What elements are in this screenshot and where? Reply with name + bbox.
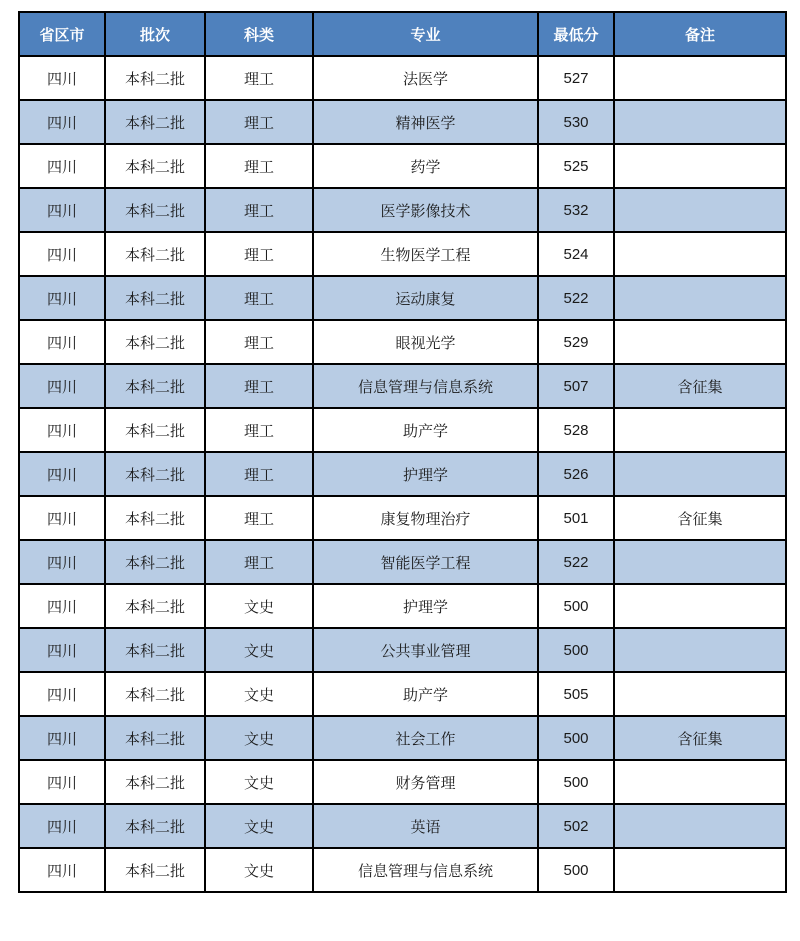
cell-min-score: 500 <box>538 716 614 760</box>
cell-major: 药学 <box>313 144 538 188</box>
cell-province: 四川 <box>19 672 105 716</box>
cell-min-score: 524 <box>538 232 614 276</box>
cell-category: 理工 <box>205 452 313 496</box>
cell-province: 四川 <box>19 628 105 672</box>
cell-major: 智能医学工程 <box>313 540 538 584</box>
cell-province: 四川 <box>19 540 105 584</box>
cell-category: 理工 <box>205 100 313 144</box>
cell-major: 公共事业管理 <box>313 628 538 672</box>
header-batch: 批次 <box>105 12 205 56</box>
cell-category: 文史 <box>205 716 313 760</box>
cell-batch: 本科二批 <box>105 760 205 804</box>
cell-remark: 含征集 <box>614 716 786 760</box>
cell-category: 理工 <box>205 232 313 276</box>
cell-remark <box>614 540 786 584</box>
cell-province: 四川 <box>19 56 105 100</box>
cell-category: 理工 <box>205 276 313 320</box>
table-row: 四川本科二批文史信息管理与信息系统500 <box>19 848 786 892</box>
cell-category: 理工 <box>205 496 313 540</box>
table-header-row: 省区市 批次 科类 专业 最低分 备注 <box>19 12 786 56</box>
cell-category: 理工 <box>205 540 313 584</box>
table-row: 四川本科二批文史社会工作500含征集 <box>19 716 786 760</box>
cell-major: 信息管理与信息系统 <box>313 364 538 408</box>
table-row: 四川本科二批理工康复物理治疗501含征集 <box>19 496 786 540</box>
cell-remark <box>614 188 786 232</box>
cell-province: 四川 <box>19 452 105 496</box>
cell-province: 四川 <box>19 232 105 276</box>
cell-min-score: 501 <box>538 496 614 540</box>
cell-province: 四川 <box>19 188 105 232</box>
cell-major: 信息管理与信息系统 <box>313 848 538 892</box>
cell-batch: 本科二批 <box>105 672 205 716</box>
cell-category: 理工 <box>205 56 313 100</box>
cell-batch: 本科二批 <box>105 364 205 408</box>
cell-category: 文史 <box>205 804 313 848</box>
table-row: 四川本科二批理工法医学527 <box>19 56 786 100</box>
table-row: 四川本科二批理工信息管理与信息系统507含征集 <box>19 364 786 408</box>
table-row: 四川本科二批文史财务管理500 <box>19 760 786 804</box>
cell-batch: 本科二批 <box>105 56 205 100</box>
admission-score-table: 省区市 批次 科类 专业 最低分 备注 四川本科二批理工法医学527四川本科二批… <box>18 11 787 893</box>
cell-province: 四川 <box>19 320 105 364</box>
cell-category: 文史 <box>205 672 313 716</box>
cell-batch: 本科二批 <box>105 584 205 628</box>
cell-province: 四川 <box>19 364 105 408</box>
cell-batch: 本科二批 <box>105 540 205 584</box>
cell-remark <box>614 804 786 848</box>
cell-province: 四川 <box>19 276 105 320</box>
cell-remark <box>614 144 786 188</box>
cell-category: 文史 <box>205 760 313 804</box>
table-row: 四川本科二批文史护理学500 <box>19 584 786 628</box>
header-province: 省区市 <box>19 12 105 56</box>
cell-min-score: 530 <box>538 100 614 144</box>
header-major: 专业 <box>313 12 538 56</box>
cell-remark <box>614 760 786 804</box>
cell-major: 眼视光学 <box>313 320 538 364</box>
cell-province: 四川 <box>19 760 105 804</box>
table-row: 四川本科二批理工生物医学工程524 <box>19 232 786 276</box>
cell-remark <box>614 848 786 892</box>
cell-remark <box>614 320 786 364</box>
cell-remark: 含征集 <box>614 364 786 408</box>
cell-remark <box>614 628 786 672</box>
header-category: 科类 <box>205 12 313 56</box>
cell-batch: 本科二批 <box>105 628 205 672</box>
cell-batch: 本科二批 <box>105 408 205 452</box>
cell-major: 生物医学工程 <box>313 232 538 276</box>
cell-batch: 本科二批 <box>105 232 205 276</box>
table-header: 省区市 批次 科类 专业 最低分 备注 <box>19 12 786 56</box>
cell-province: 四川 <box>19 144 105 188</box>
cell-category: 理工 <box>205 188 313 232</box>
cell-batch: 本科二批 <box>105 100 205 144</box>
cell-category: 文史 <box>205 628 313 672</box>
table-row: 四川本科二批理工药学525 <box>19 144 786 188</box>
cell-min-score: 507 <box>538 364 614 408</box>
cell-batch: 本科二批 <box>105 804 205 848</box>
cell-major: 英语 <box>313 804 538 848</box>
cell-category: 文史 <box>205 584 313 628</box>
cell-min-score: 522 <box>538 540 614 584</box>
table-row: 四川本科二批理工眼视光学529 <box>19 320 786 364</box>
cell-remark <box>614 232 786 276</box>
cell-province: 四川 <box>19 584 105 628</box>
cell-province: 四川 <box>19 100 105 144</box>
cell-min-score: 500 <box>538 848 614 892</box>
cell-major: 护理学 <box>313 584 538 628</box>
cell-min-score: 502 <box>538 804 614 848</box>
table-row: 四川本科二批文史英语502 <box>19 804 786 848</box>
cell-major: 法医学 <box>313 56 538 100</box>
cell-min-score: 500 <box>538 584 614 628</box>
cell-min-score: 528 <box>538 408 614 452</box>
cell-remark <box>614 584 786 628</box>
table-row: 四川本科二批文史助产学505 <box>19 672 786 716</box>
table-row: 四川本科二批文史公共事业管理500 <box>19 628 786 672</box>
cell-batch: 本科二批 <box>105 320 205 364</box>
cell-min-score: 529 <box>538 320 614 364</box>
cell-min-score: 525 <box>538 144 614 188</box>
cell-remark <box>614 100 786 144</box>
cell-category: 理工 <box>205 364 313 408</box>
cell-batch: 本科二批 <box>105 452 205 496</box>
cell-province: 四川 <box>19 848 105 892</box>
cell-min-score: 500 <box>538 628 614 672</box>
cell-major: 财务管理 <box>313 760 538 804</box>
page: 省区市 批次 科类 专业 最低分 备注 四川本科二批理工法医学527四川本科二批… <box>0 0 800 941</box>
cell-major: 社会工作 <box>313 716 538 760</box>
cell-remark <box>614 56 786 100</box>
cell-remark: 含征集 <box>614 496 786 540</box>
header-min-score: 最低分 <box>538 12 614 56</box>
cell-min-score: 500 <box>538 760 614 804</box>
cell-category: 理工 <box>205 320 313 364</box>
table-row: 四川本科二批理工助产学528 <box>19 408 786 452</box>
cell-remark <box>614 452 786 496</box>
table-row: 四川本科二批理工智能医学工程522 <box>19 540 786 584</box>
cell-category: 理工 <box>205 408 313 452</box>
cell-batch: 本科二批 <box>105 716 205 760</box>
cell-batch: 本科二批 <box>105 276 205 320</box>
table-row: 四川本科二批理工运动康复522 <box>19 276 786 320</box>
cell-major: 助产学 <box>313 408 538 452</box>
cell-major: 医学影像技术 <box>313 188 538 232</box>
cell-province: 四川 <box>19 716 105 760</box>
cell-remark <box>614 276 786 320</box>
cell-major: 康复物理治疗 <box>313 496 538 540</box>
cell-batch: 本科二批 <box>105 188 205 232</box>
table-row: 四川本科二批理工医学影像技术532 <box>19 188 786 232</box>
cell-batch: 本科二批 <box>105 848 205 892</box>
table-row: 四川本科二批理工精神医学530 <box>19 100 786 144</box>
table-row: 四川本科二批理工护理学526 <box>19 452 786 496</box>
cell-batch: 本科二批 <box>105 496 205 540</box>
cell-min-score: 505 <box>538 672 614 716</box>
cell-remark <box>614 408 786 452</box>
cell-major: 精神医学 <box>313 100 538 144</box>
cell-min-score: 522 <box>538 276 614 320</box>
table-body: 四川本科二批理工法医学527四川本科二批理工精神医学530四川本科二批理工药学5… <box>19 56 786 892</box>
cell-min-score: 532 <box>538 188 614 232</box>
cell-remark <box>614 672 786 716</box>
cell-province: 四川 <box>19 408 105 452</box>
cell-major: 助产学 <box>313 672 538 716</box>
cell-major: 运动康复 <box>313 276 538 320</box>
header-remark: 备注 <box>614 12 786 56</box>
cell-province: 四川 <box>19 496 105 540</box>
cell-min-score: 527 <box>538 56 614 100</box>
cell-min-score: 526 <box>538 452 614 496</box>
cell-batch: 本科二批 <box>105 144 205 188</box>
cell-major: 护理学 <box>313 452 538 496</box>
cell-province: 四川 <box>19 804 105 848</box>
cell-category: 理工 <box>205 144 313 188</box>
cell-category: 文史 <box>205 848 313 892</box>
